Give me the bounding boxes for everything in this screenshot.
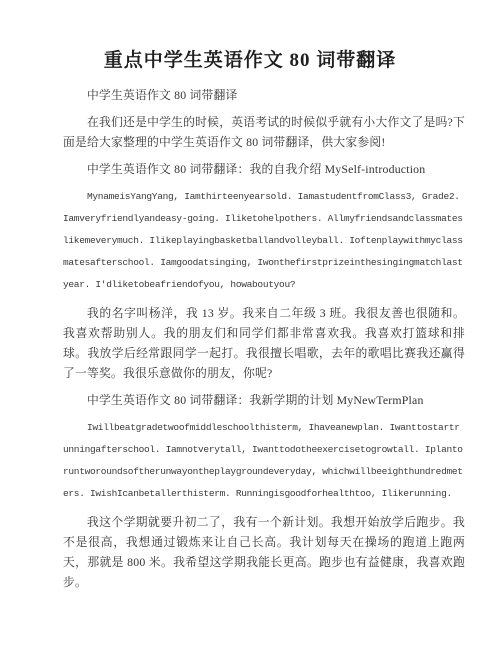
document-subtitle: 中学生英语作文 80 词带翻译 (63, 85, 465, 105)
section-1-english-paragraph: MynameisYangYang, Iamthirteenyearsold. I… (63, 186, 465, 296)
section-1-heading: 中学生英语作文 80 词带翻译：我的自我介绍 MySelf-introducti… (63, 159, 465, 179)
intro-paragraph: 在我们还是中学生的时候，英语考试的时候似乎就有小大作文了是吗?下面是给大家整理的… (63, 112, 465, 152)
document-page: 重点中学生英语作文 80 词带翻译 中学生英语作文 80 词带翻译 在我们还是中… (0, 0, 500, 647)
document-title: 重点中学生英语作文 80 词带翻译 (0, 49, 500, 73)
section-2-chinese-paragraph: 我这个学期就要升初二了，我有一个新计划。我想开始放学后跑步。我不是很高，我想通过… (63, 512, 465, 592)
section-2-english-paragraph: Iwillbeatgradetwoofmiddleschoolthisterm,… (63, 417, 465, 505)
section-2-heading: 中学生英语作文 80 词带翻译：我新学期的计划 MyNewTermPlan (63, 390, 465, 410)
section-1-chinese-paragraph: 我的名字叫杨洋，我 13 岁。我来自二年级 3 班。我很友善也很随和。我喜欢帮助… (63, 303, 465, 383)
